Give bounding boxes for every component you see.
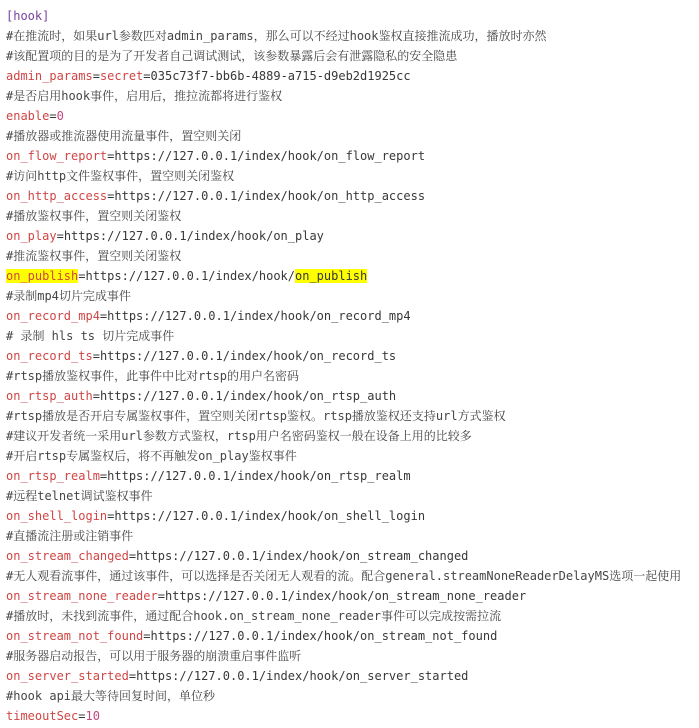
config-line: # 录制 hls ts 切片完成事件 [6,326,695,346]
ini-comment: #访问http文件鉴权事件，置空则关闭鉴权 [6,169,234,183]
config-line: #hook api最大等待回复时间，单位秒 [6,686,695,706]
ini-value: https://127.0.0.1/index/hook/on_record_t… [100,349,396,363]
ini-key: on_server_started [6,669,129,683]
ini-value: https://127.0.0.1/index/hook/on_rtsp_aut… [100,389,396,403]
config-line: #建议开发者统一采用url参数方式鉴权，rtsp用户名密码鉴权一般在设备上用的比… [6,426,695,446]
config-line: #无人观看流事件，通过该事件，可以选择是否关闭无人观看的流。配合general.… [6,566,695,586]
config-line: on_http_access=https://127.0.0.1/index/h… [6,186,695,206]
config-line: #该配置项的目的是为了开发者自己调试测试，该参数暴露后会有泄露隐私的安全隐患 [6,46,695,66]
config-line: #是否启用hook事件，启用后，推拉流都将进行鉴权 [6,86,695,106]
ini-key: on_record_ts [6,349,93,363]
ini-key: admin_params [6,69,93,83]
ini-value: = [129,669,136,683]
config-line: #访问http文件鉴权事件，置空则关闭鉴权 [6,166,695,186]
config-line: on_record_ts=https://127.0.0.1/index/hoo… [6,346,695,366]
ini-value: = [158,589,165,603]
ini-key: secret [100,69,143,83]
ini-key: on_flow_report [6,149,107,163]
config-line: [hook] [6,6,695,26]
ini-comment: #播放鉴权事件，置空则关闭鉴权 [6,209,181,223]
ini-value: = [93,69,100,83]
config-line: on_shell_login=https://127.0.0.1/index/h… [6,506,695,526]
config-line: #直播流注册或注销事件 [6,526,695,546]
ini-comment: #播放时，未找到流事件，通过配合hook.on_stream_none_read… [6,609,501,623]
ini-comment: # 录制 hls ts 切片完成事件 [6,329,174,343]
config-file-view: [hook]#在推流时，如果url参数匹对admin_params，那么可以不经… [0,0,699,728]
ini-comment: #推流鉴权事件，置空则关闭鉴权 [6,249,181,263]
ini-comment: #该配置项的目的是为了开发者自己调试测试，该参数暴露后会有泄露隐私的安全隐患 [6,49,457,63]
ini-comment: #hook api最大等待回复时间，单位秒 [6,689,215,703]
search-match-highlight: on_publish [6,269,78,283]
ini-comment: #开启rtsp专属鉴权后，将不再触发on_play鉴权事件 [6,449,297,463]
ini-value: = [93,389,100,403]
ini-comment: #rtsp播放是否开启专属鉴权事件，置空则关闭rtsp鉴权。rtsp播放鉴权还支… [6,409,506,423]
ini-value: https://127.0.0.1/index/hook/ [85,269,295,283]
ini-value: = [143,629,150,643]
ini-value: https://127.0.0.1/index/hook/on_stream_c… [136,549,468,563]
config-line: #播放鉴权事件，置空则关闭鉴权 [6,206,695,226]
ini-value: https://127.0.0.1/index/hook/on_shell_lo… [114,509,425,523]
config-line: on_stream_changed=https://127.0.0.1/inde… [6,546,695,566]
config-line: #播放时，未找到流事件，通过配合hook.on_stream_none_read… [6,606,695,626]
ini-value: https://127.0.0.1/index/hook/on_server_s… [136,669,468,683]
ini-key: on_stream_changed [6,549,129,563]
ini-key: on_http_access [6,189,107,203]
config-line: #在推流时，如果url参数匹对admin_params，那么可以不经过hook鉴… [6,26,695,46]
ini-value: = [93,349,100,363]
ini-comment: #录制mp4切片完成事件 [6,289,131,303]
search-match-highlight: on_publish [295,269,367,283]
ini-comment: #是否启用hook事件，启用后，推拉流都将进行鉴权 [6,89,282,103]
config-line: #rtsp播放鉴权事件，此事件中比对rtsp的用户名密码 [6,366,695,386]
config-line: timeoutSec=10 [6,706,695,726]
ini-value: =035c73f7-bb6b-4889-a715-d9eb2d1925cc [143,69,410,83]
config-line: on_record_mp4=https://127.0.0.1/index/ho… [6,306,695,326]
config-line: #开启rtsp专属鉴权后，将不再触发on_play鉴权事件 [6,446,695,466]
ini-key: on_rtsp_auth [6,389,93,403]
ini-key: on_record_mp4 [6,309,100,323]
ini-key: on_play [6,229,57,243]
ini-comment: #rtsp播放鉴权事件，此事件中比对rtsp的用户名密码 [6,369,299,383]
config-line: on_stream_none_reader=https://127.0.0.1/… [6,586,695,606]
ini-value: https://127.0.0.1/index/hook/on_stream_n… [165,589,526,603]
config-line: #播放器或推流器使用流量事件，置空则关闭 [6,126,695,146]
config-line: #服务器启动报告，可以用于服务器的崩溃重启事件监听 [6,646,695,666]
ini-key: on_rtsp_realm [6,469,100,483]
ini-comment: #在推流时，如果url参数匹对admin_params，那么可以不经过hook鉴… [6,29,547,43]
ini-value: = [57,229,64,243]
ini-comment: #建议开发者统一采用url参数方式鉴权，rtsp用户名密码鉴权一般在设备上用的比… [6,429,472,443]
config-line: #rtsp播放是否开启专属鉴权事件，置空则关闭rtsp鉴权。rtsp播放鉴权还支… [6,406,695,426]
config-line: #推流鉴权事件，置空则关闭鉴权 [6,246,695,266]
config-line: admin_params=secret=035c73f7-bb6b-4889-a… [6,66,695,86]
ini-key: on_stream_not_found [6,629,143,643]
ini-value: = [129,549,136,563]
config-line: on_stream_not_found=https://127.0.0.1/in… [6,626,695,646]
config-line: enable=0 [6,106,695,126]
config-line: on_publish=https://127.0.0.1/index/hook/… [6,266,695,286]
ini-comment: #播放器或推流器使用流量事件，置空则关闭 [6,129,241,143]
config-line: on_server_started=https://127.0.0.1/inde… [6,666,695,686]
config-line: #录制mp4切片完成事件 [6,286,695,306]
ini-comment: #服务器启动报告，可以用于服务器的崩溃重启事件监听 [6,649,301,663]
ini-section-header: [hook] [6,9,49,23]
ini-comment: #远程telnet调试鉴权事件 [6,489,153,503]
ini-code-block: [hook]#在推流时，如果url参数匹对admin_params，那么可以不经… [6,6,695,726]
ini-value: https://127.0.0.1/index/hook/on_play [64,229,324,243]
ini-value: https://127.0.0.1/index/hook/on_record_m… [107,309,410,323]
ini-key: enable [6,109,49,123]
config-line: on_flow_report=https://127.0.0.1/index/h… [6,146,695,166]
config-line: on_play=https://127.0.0.1/index/hook/on_… [6,226,695,246]
ini-value: https://127.0.0.1/index/hook/on_http_acc… [114,189,425,203]
config-line: on_rtsp_realm=https://127.0.0.1/index/ho… [6,466,695,486]
ini-value: = [49,109,56,123]
ini-comment: #无人观看流事件，通过该事件，可以选择是否关闭无人观看的流。配合general.… [6,569,681,583]
ini-value: https://127.0.0.1/index/hook/on_rtsp_rea… [107,469,410,483]
ini-value: https://127.0.0.1/index/hook/on_flow_rep… [114,149,425,163]
ini-number-value: 10 [85,709,99,723]
ini-key: on_stream_none_reader [6,589,158,603]
ini-number-value: 0 [57,109,64,123]
ini-key: timeoutSec [6,709,78,723]
ini-comment: #直播流注册或注销事件 [6,529,133,543]
ini-value: https://127.0.0.1/index/hook/on_stream_n… [151,629,498,643]
config-line: #远程telnet调试鉴权事件 [6,486,695,506]
config-line: on_rtsp_auth=https://127.0.0.1/index/hoo… [6,386,695,406]
ini-key: on_shell_login [6,509,107,523]
